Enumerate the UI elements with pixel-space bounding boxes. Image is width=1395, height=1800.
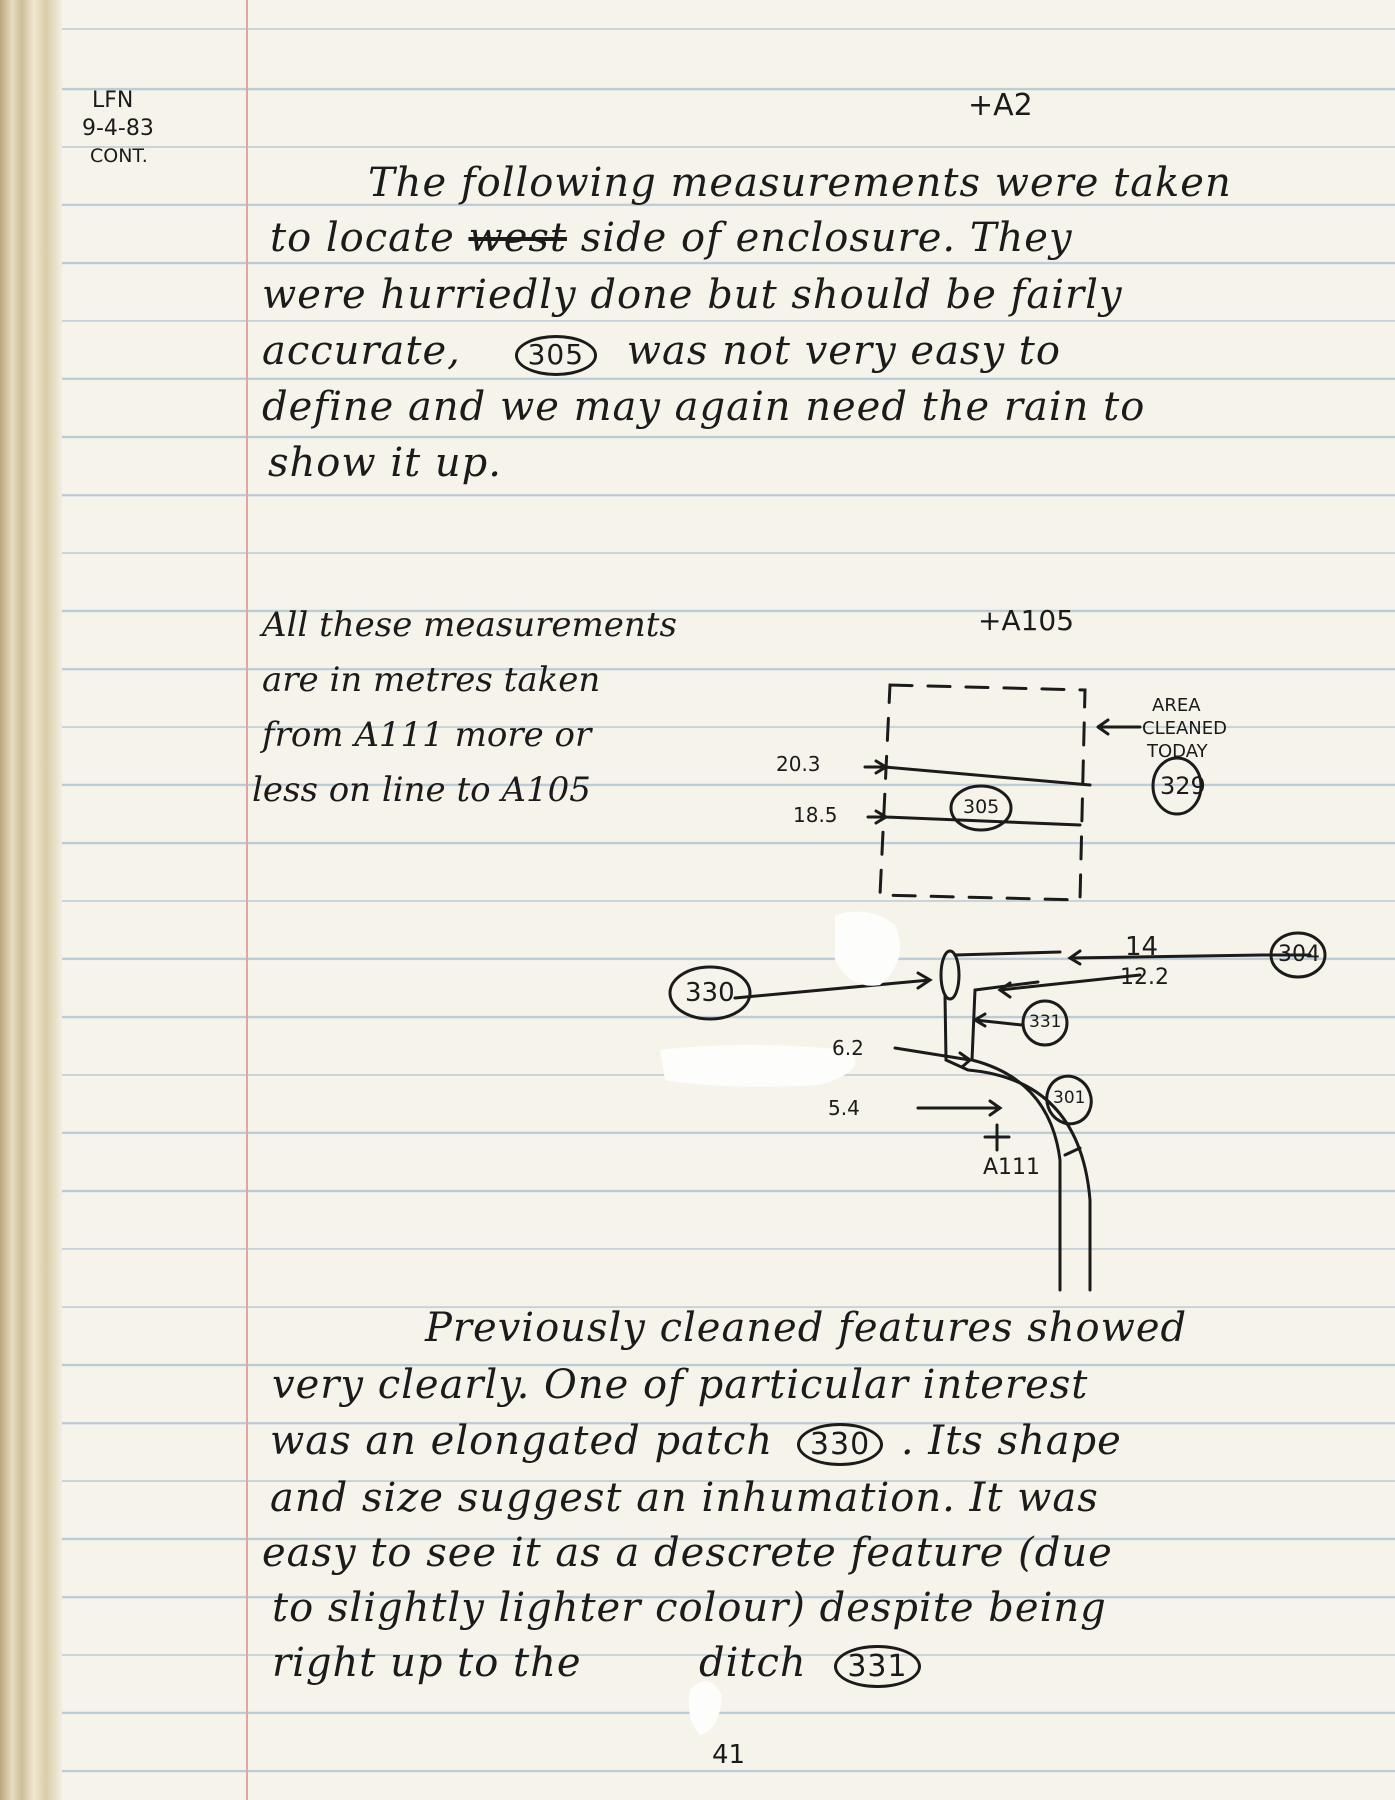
feature-329: 329	[1160, 772, 1206, 800]
measurement-12-2: 12.2	[1120, 965, 1169, 990]
measurement-20-3: 20.3	[776, 752, 821, 776]
paragraph2-text: right up to the	[272, 1640, 582, 1686]
paragraph2-text: was an elongated patch	[270, 1418, 773, 1464]
feature-330-diagram: 330	[685, 978, 735, 1008]
paragraph2-text: ditch	[699, 1640, 807, 1686]
paragraph2-line6: to slightly lighter colour) despite bein…	[272, 1585, 1107, 1631]
paragraph2-line2: very clearly. One of particular interest	[272, 1362, 1088, 1408]
feature-304: 304	[1278, 942, 1320, 967]
feature-301: 301	[1053, 1088, 1085, 1108]
paragraph2-line1: Previously cleaned features showed	[425, 1305, 1187, 1351]
datum-a111: A111	[983, 1155, 1040, 1180]
area-label-line2: CLEANED	[1142, 718, 1227, 739]
page-number: 41	[712, 1740, 745, 1770]
paragraph2-line5: easy to see it as a descrete feature (du…	[262, 1530, 1113, 1576]
datum-a105: +A105	[978, 604, 1074, 637]
paragraph2-line7: right up to the ditch 331	[272, 1640, 921, 1688]
paragraph2-text: . Its shape	[901, 1418, 1122, 1464]
feature-ref-330: 330	[797, 1423, 883, 1466]
area-label-line1: AREA	[1152, 695, 1201, 716]
feature-305-diagram: 305	[963, 796, 999, 818]
paragraph2-line4: and size suggest an inhumation. It was	[270, 1475, 1099, 1521]
area-label-line3: TODAY	[1147, 741, 1208, 762]
feature-ref-331: 331	[834, 1645, 920, 1688]
measurement-14: 14	[1125, 932, 1158, 962]
measurement-6-2: 6.2	[832, 1036, 864, 1060]
feature-331-diagram: 331	[1029, 1012, 1061, 1032]
paragraph2-line3: was an elongated patch 330 . Its shape	[270, 1418, 1122, 1466]
measurement-5-4: 5.4	[828, 1096, 860, 1120]
measurement-18-5: 18.5	[793, 803, 838, 827]
